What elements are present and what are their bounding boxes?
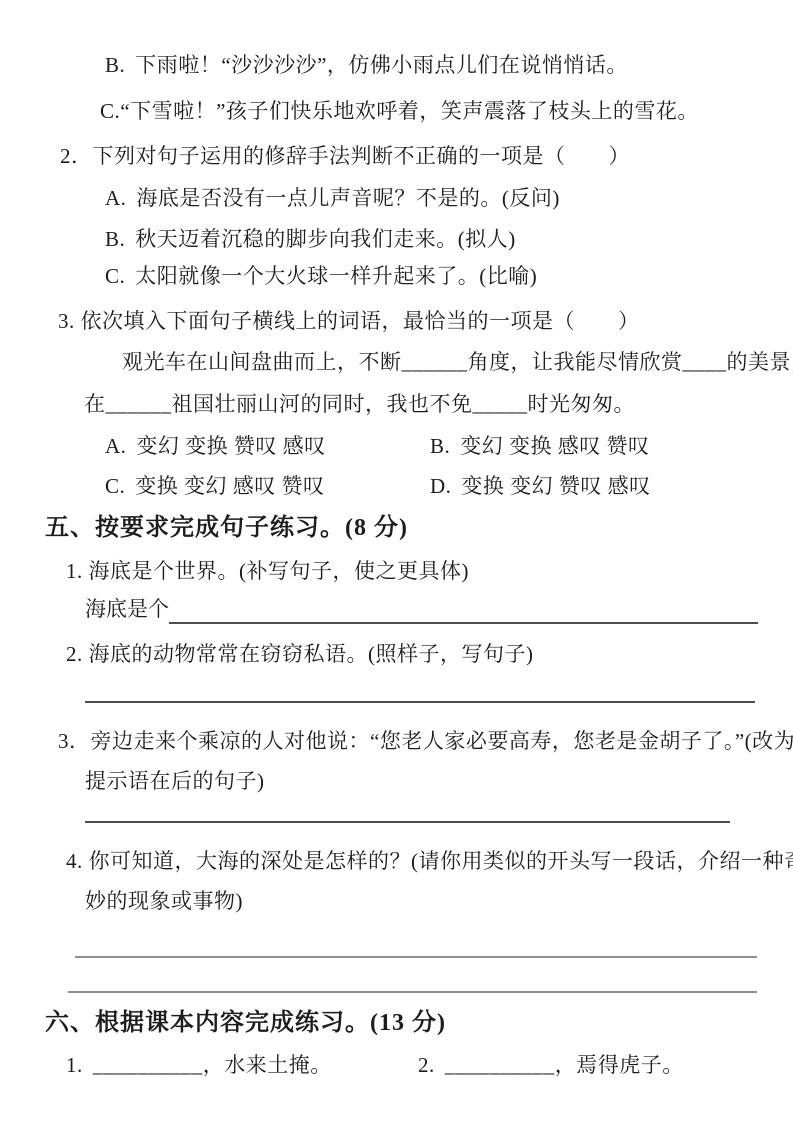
option-label: B. xyxy=(430,431,450,461)
answer-prefix: 海底是个 xyxy=(85,594,169,624)
answer-line xyxy=(85,701,755,703)
q3-passage-line1: 观光车在山间盘曲而上，不断______角度，让我能尽情欣赏____的美景， xyxy=(122,347,793,377)
q2-option-a: A.海底是否没有一点儿声音呢？不是的。(反问) xyxy=(105,183,560,213)
item-text: __________，水来土掩。 xyxy=(93,1053,332,1077)
answer-line xyxy=(75,956,757,958)
option-text: 变幻 变换 赞叹 感叹 xyxy=(136,434,325,458)
exam-paper-page: B.下雨啦！“沙沙沙沙”，仿佛小雨点儿们在说悄悄话。 C.“下雪啦！”孩子们快乐… xyxy=(0,0,793,1122)
section6-title: 六、根据课本内容完成练习。(13 分) xyxy=(45,1008,446,1038)
option-label: C. xyxy=(100,96,120,126)
section5-title: 五、按要求完成句子练习。(8 分) xyxy=(45,513,408,543)
option-label: D. xyxy=(430,471,451,501)
option-label: B. xyxy=(105,50,125,80)
s6-item-1: 1.__________，水来土掩。 xyxy=(66,1050,332,1080)
option-label: A. xyxy=(105,431,126,461)
s5-item3-stem-line2: 提示语在后的句子) xyxy=(85,766,265,796)
s5-item4-stem-line2: 妙的现象或事物) xyxy=(85,886,243,916)
option-text: “下雪啦！”孩子们快乐地欢呼着，笑声震落了枝头上的雪花。 xyxy=(120,99,699,123)
option-text: 下雨啦！“沙沙沙沙”，仿佛小雨点儿们在说悄悄话。 xyxy=(135,53,628,77)
q3-option-d: D.变换 变幻 赞叹 感叹 xyxy=(430,471,651,501)
s5-item1-stem: 1. 海底是个世界。(补写句子，使之更具体) xyxy=(66,556,469,586)
q1-option-b: B.下雨啦！“沙沙沙沙”，仿佛小雨点儿们在说悄悄话。 xyxy=(105,50,628,80)
answer-line xyxy=(68,991,757,993)
option-label: C. xyxy=(105,471,125,501)
s6-item-2: 2.__________，焉得虎子。 xyxy=(418,1050,684,1080)
option-text: 变换 变幻 感叹 赞叹 xyxy=(135,474,324,498)
item-number: 1. xyxy=(66,1050,83,1080)
q2-option-b: B.秋天迈着沉稳的脚步向我们走来。(拟人) xyxy=(105,224,516,254)
option-label: B. xyxy=(105,224,125,254)
q3-option-a: A.变幻 变换 赞叹 感叹 xyxy=(105,431,326,461)
q3-option-b: B.变幻 变换 感叹 赞叹 xyxy=(430,431,650,461)
option-label: C. xyxy=(105,261,125,291)
item-text: __________，焉得虎子。 xyxy=(445,1053,684,1077)
answer-line xyxy=(85,821,730,823)
item-number: 2. xyxy=(418,1050,435,1080)
option-text: 变换 变幻 赞叹 感叹 xyxy=(461,474,650,498)
s5-item4-stem-line1: 4. 你可知道，大海的深处是怎样的？(请你用类似的开头写一段话，介绍一种奇 xyxy=(66,846,793,876)
option-text: 太阳就像一个大火球一样升起来了。(比喻) xyxy=(135,264,537,288)
q2-option-c: C.太阳就像一个大火球一样升起来了。(比喻) xyxy=(105,261,537,291)
s5-item1-answer-row: 海底是个 xyxy=(85,594,758,624)
q3-stem: 3. 依次填入下面句子横线上的词语，最恰当的一项是（ ） xyxy=(58,306,640,336)
s5-item2-stem: 2. 海底的动物常常在窃窃私语。(照样子，写句子) xyxy=(66,639,534,669)
answer-line xyxy=(169,596,758,624)
s5-item3-stem-line1: 3．旁边走来个乘凉的人对他说：“您老人家必要高寿，您老是金胡子了。”(改为 xyxy=(58,726,793,756)
q2-stem: 2．下列对句子运用的修辞手法判断不正确的一项是（ ） xyxy=(60,141,630,171)
q1-option-c: C.“下雪啦！”孩子们快乐地欢呼着，笑声震落了枝头上的雪花。 xyxy=(100,96,699,126)
option-text: 海底是否没有一点儿声音呢？不是的。(反问) xyxy=(136,186,560,210)
q3-passage-line2: 在______祖国壮丽山河的同时，我也不免_____时光匆匆。 xyxy=(84,389,635,419)
q3-option-c: C.变换 变幻 感叹 赞叹 xyxy=(105,471,325,501)
option-text: 变幻 变换 感叹 赞叹 xyxy=(460,434,649,458)
option-label: A. xyxy=(105,183,126,213)
option-text: 秋天迈着沉稳的脚步向我们走来。(拟人) xyxy=(135,227,516,251)
